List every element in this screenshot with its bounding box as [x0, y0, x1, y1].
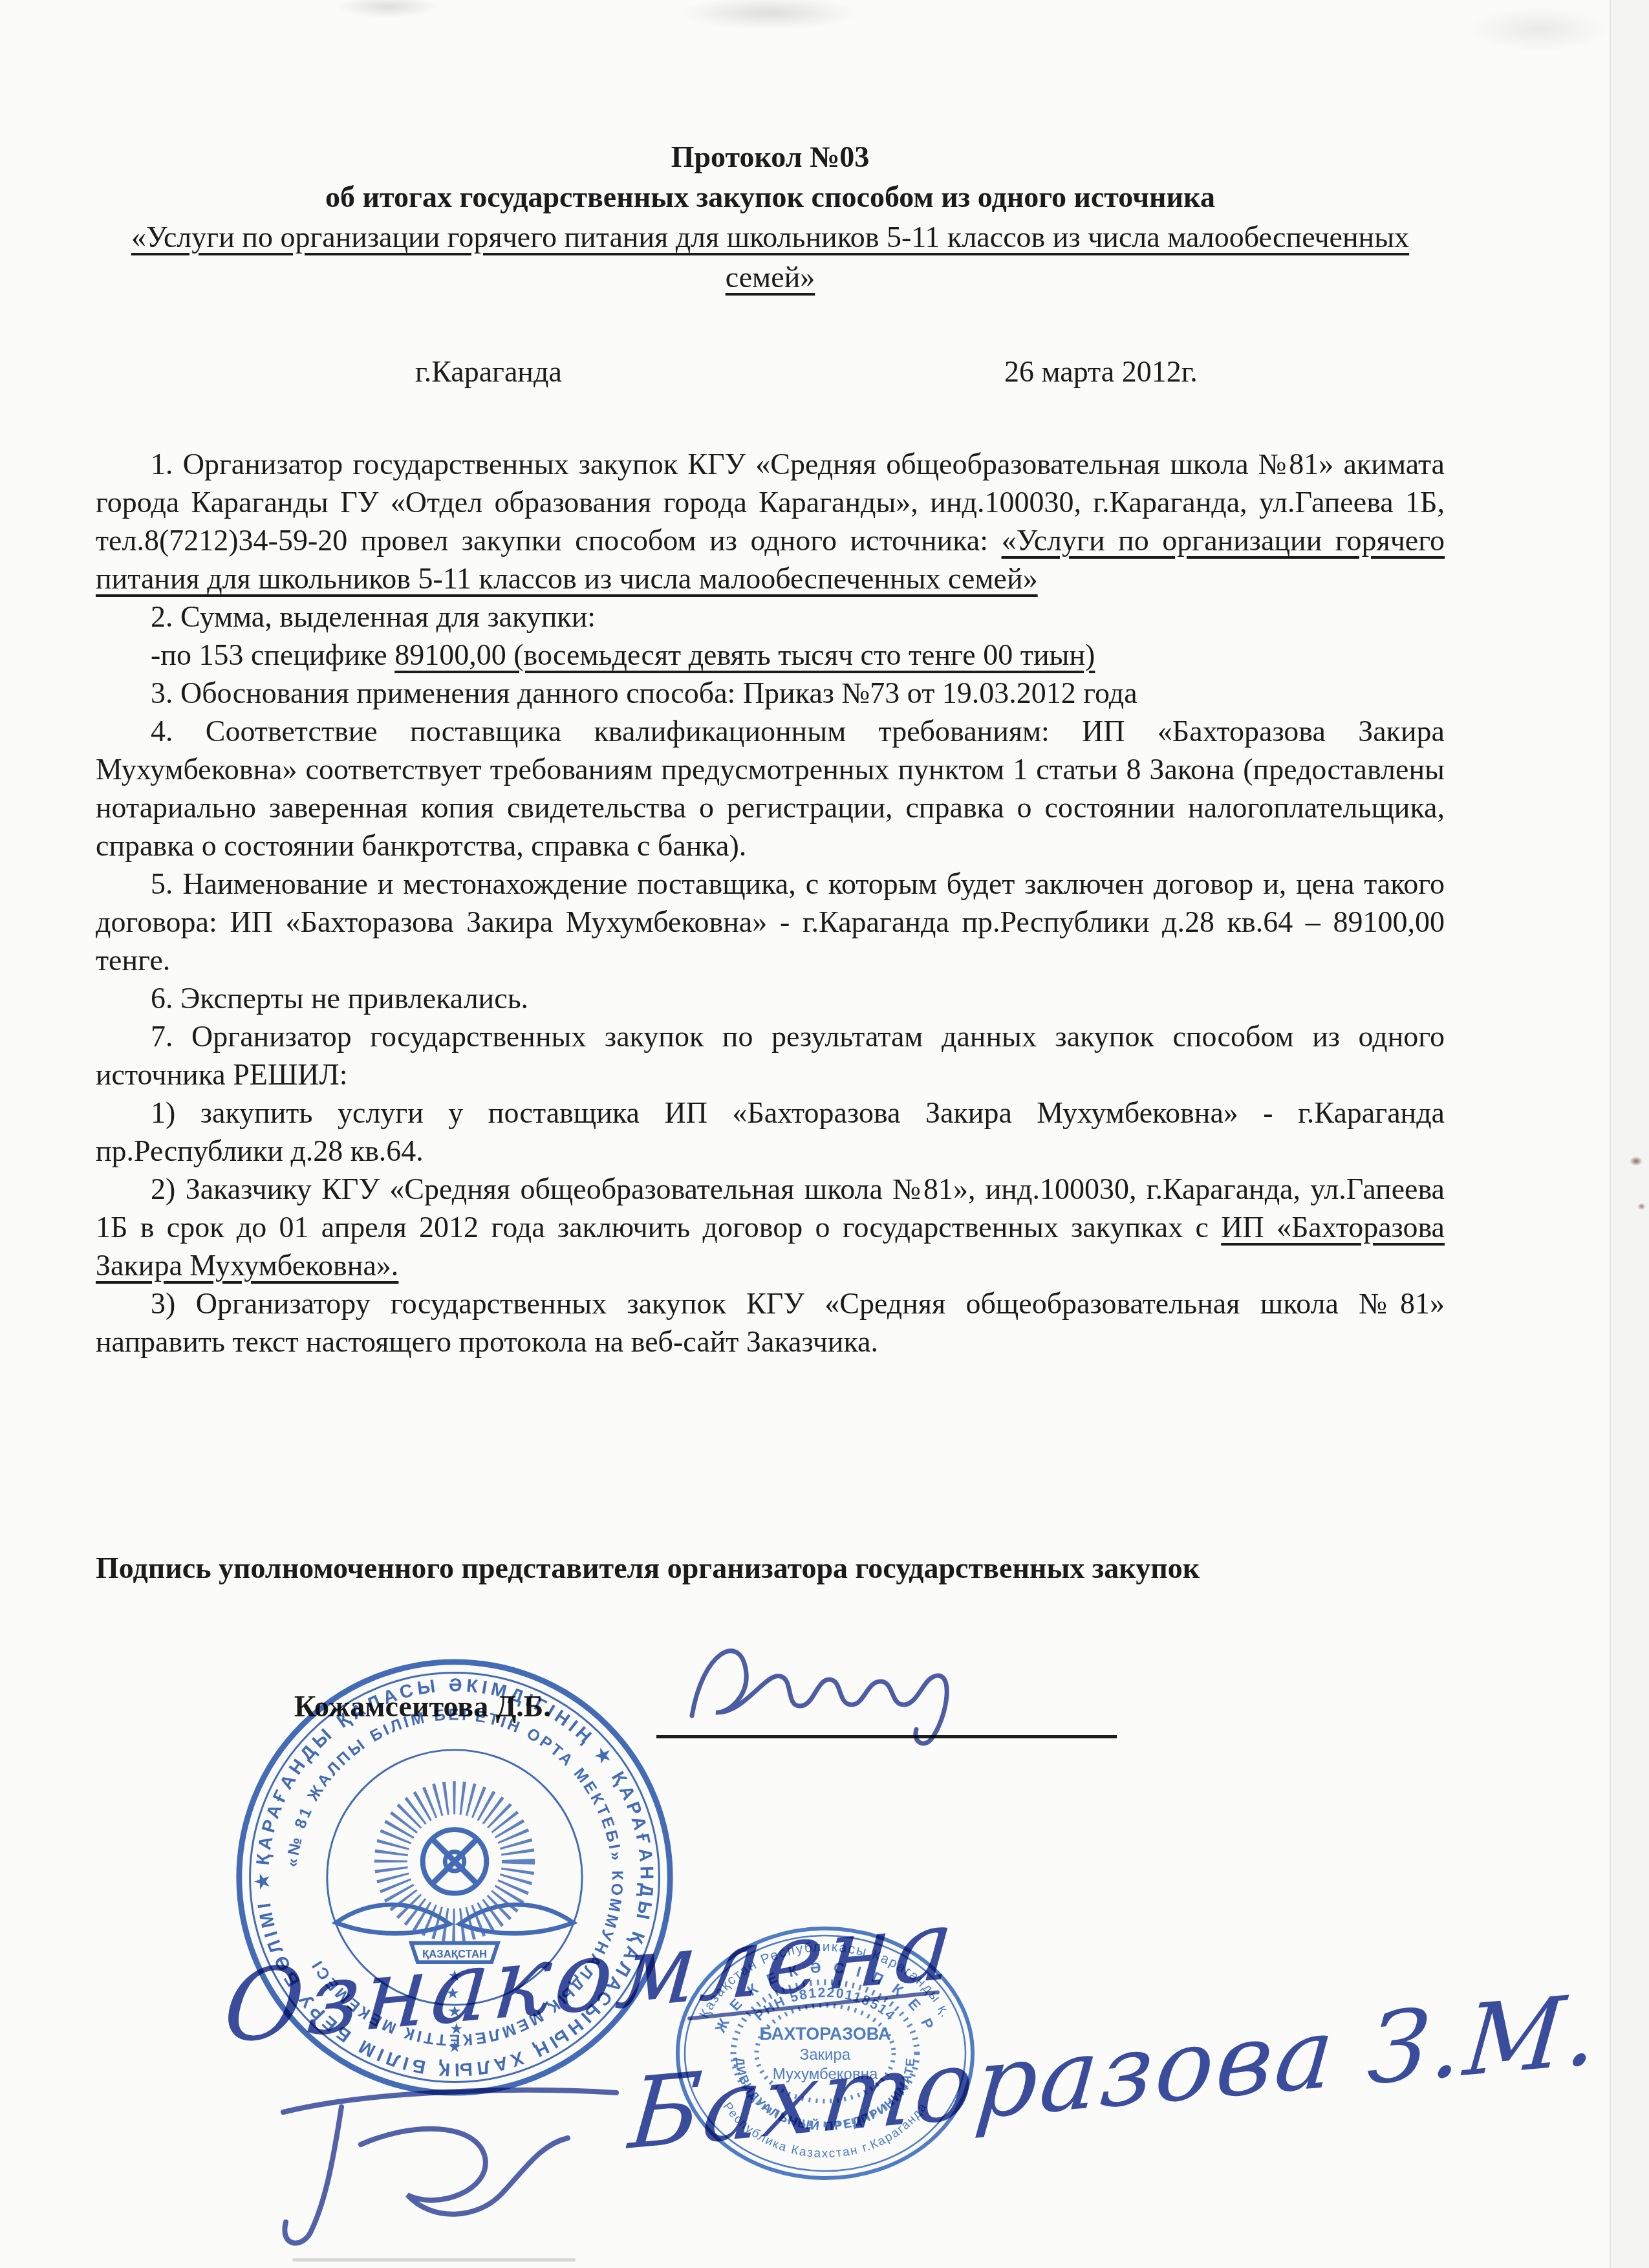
scan-speck: [1637, 1203, 1646, 1210]
paragraph-5: 5. Наименование и местонахождение постав…: [96, 865, 1445, 979]
paragraph-3-text: 3. Обоснования применения данного способ…: [151, 676, 1137, 709]
paragraph-2-amount: -по 153 специфике 89100,00 (восемьдесят …: [96, 636, 1445, 674]
decision-1-text: 1) закупить услуги у поставщика ИП «Бахт…: [96, 1096, 1445, 1167]
paragraph-4-text: 4. Соответствие поставщика квалификацион…: [96, 715, 1445, 862]
paragraph-5-text: 5. Наименование и местонахождение постав…: [96, 867, 1445, 977]
decision-3: 3) Организатору государственных закупок …: [96, 1284, 1445, 1361]
paragraph-6-text: 6. Эксперты не привлекались.: [151, 982, 528, 1015]
signature-heading: Подпись уполномоченного представителя ор…: [96, 1551, 1445, 1585]
paragraph-6: 6. Эксперты не привлекались.: [96, 979, 1445, 1017]
document-place: г.Караганда: [415, 354, 562, 389]
scan-edge-strip: [1611, 0, 1649, 2268]
signer-signature-scribble-icon: [663, 1615, 1025, 1751]
scan-smudge: [336, 0, 440, 18]
page-subtitle: об итогах государственных закупок способ…: [96, 177, 1445, 217]
amount-underlined: 89100,00 (восемьдесят девять тысяч сто т…: [394, 638, 1095, 671]
paragraph-4: 4. Соответствие поставщика квалификацион…: [96, 712, 1445, 865]
paragraph-1: 1. Организатор государственных закупок К…: [96, 445, 1445, 598]
procurement-subject: «Услуги по организации горячего питания …: [96, 217, 1445, 297]
decision-1: 1) закупить услуги у поставщика ИП «Бахт…: [96, 1094, 1445, 1170]
decision-2: 2) Заказчику КГУ «Средняя общеобразовате…: [96, 1170, 1445, 1284]
document-header: Протокол №03 об итогах государственных з…: [96, 137, 1445, 297]
document-body: 1. Организатор государственных закупок К…: [96, 445, 1445, 1361]
amount-prefix: -по 153 специфике: [151, 638, 394, 671]
decision-3-text: 3) Организатору государственных закупок …: [96, 1287, 1445, 1358]
page-title: Протокол №03: [96, 137, 1445, 177]
scanned-protocol-page: Протокол №03 об итогах государственных з…: [0, 0, 1649, 2268]
scan-speck: [1630, 1156, 1643, 1166]
scan-smudge: [1468, 6, 1610, 52]
paragraph-2: 2. Сумма, выделенная для закупки:: [96, 598, 1445, 636]
scan-smudge: [679, 0, 860, 30]
paragraph-7-text: 7. Организатор государственных закупок п…: [96, 1020, 1445, 1091]
handwriting-initials-scribble-icon: [264, 2067, 652, 2261]
scan-edge-line: [1610, 0, 1611, 2268]
paragraph-2-text: 2. Сумма, выделенная для закупки:: [151, 600, 596, 633]
paragraph-7: 7. Организатор государственных закупок п…: [96, 1017, 1445, 1094]
paragraph-3: 3. Обоснования применения данного способ…: [96, 674, 1445, 712]
procurement-subject-text: «Услуги по организации горячего питания …: [131, 221, 1409, 294]
document-date: 26 марта 2012г.: [1004, 354, 1198, 389]
